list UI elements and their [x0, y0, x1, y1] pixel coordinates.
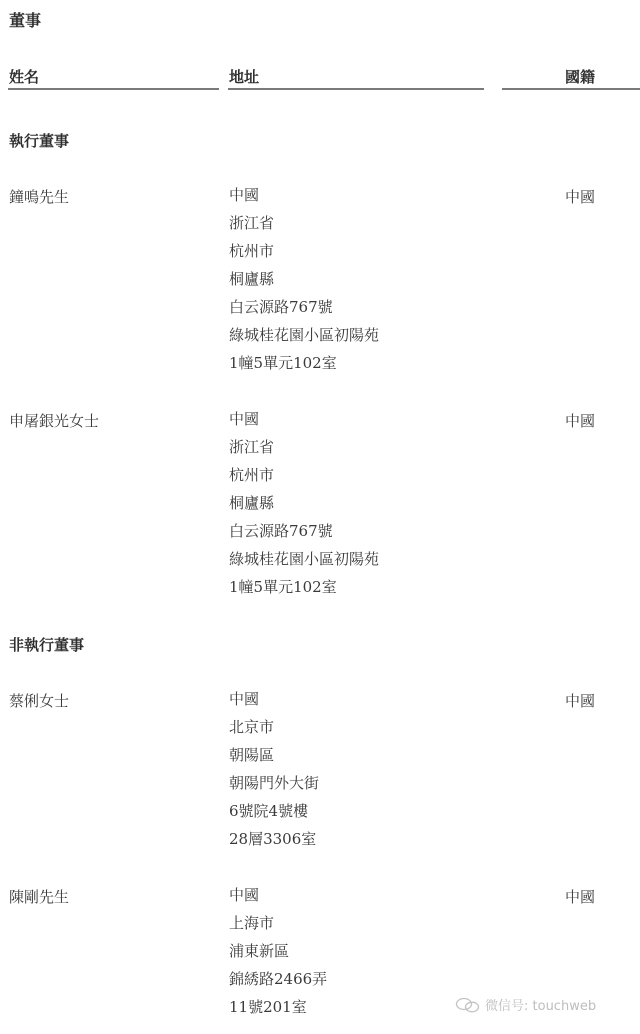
director-name: 鐘鳴先生: [9, 186, 69, 207]
address-line: 中國: [229, 690, 319, 718]
address-line: 綠城桂花園小區初陽苑: [229, 550, 379, 578]
director-address: 中國 上海市 浦東新區 錦綉路2466弄 11號201室: [229, 886, 327, 1026]
address-line: 杭州市: [229, 466, 379, 494]
address-line: 28層3306室: [229, 830, 319, 858]
address-line: 1幢5單元102室: [229, 354, 379, 382]
header-rule-name: [8, 88, 219, 90]
director-name: 陳剛先生: [9, 886, 69, 907]
director-nationality: 中國: [565, 186, 595, 207]
header-name: 姓名: [9, 66, 39, 87]
watermark-text: 微信号: touchweb: [485, 995, 596, 1014]
address-line: 綠城桂花園小區初陽苑: [229, 326, 379, 354]
address-line: 浙江省: [229, 438, 379, 466]
director-address: 中國 浙江省 杭州市 桐廬縣 白云源路767號 綠城桂花園小區初陽苑 1幢5單元…: [229, 410, 379, 606]
address-line: 11號201室: [229, 998, 327, 1026]
director-nationality: 中國: [565, 886, 595, 907]
director-nationality: 中國: [565, 690, 595, 711]
address-line: 浙江省: [229, 214, 379, 242]
address-line: 中國: [229, 186, 379, 214]
address-line: 桐廬縣: [229, 270, 379, 298]
address-line: 朝陽門外大街: [229, 774, 319, 802]
header-rule-address: [228, 88, 484, 90]
address-line: 桐廬縣: [229, 494, 379, 522]
address-line: 上海市: [229, 914, 327, 942]
address-line: 白云源路767號: [229, 522, 379, 550]
address-line: 錦綉路2466弄: [229, 970, 327, 998]
director-nationality: 中國: [565, 410, 595, 431]
address-line: 6號院4號樓: [229, 802, 319, 830]
address-line: 杭州市: [229, 242, 379, 270]
address-line: 朝陽區: [229, 746, 319, 774]
watermark: 微信号: touchweb: [455, 995, 596, 1014]
section-heading-executive: 執行董事: [9, 130, 69, 151]
address-line: 浦東新區: [229, 942, 327, 970]
director-address: 中國 浙江省 杭州市 桐廬縣 白云源路767號 綠城桂花園小區初陽苑 1幢5單元…: [229, 186, 379, 382]
section-heading-non-executive: 非執行董事: [9, 634, 84, 655]
address-line: 中國: [229, 886, 327, 914]
page-title: 董事: [9, 8, 41, 31]
header-address: 地址: [229, 66, 259, 87]
address-line: 1幢5單元102室: [229, 578, 379, 606]
header-nationality: 國籍: [565, 66, 595, 87]
address-line: 中國: [229, 410, 379, 438]
director-address: 中國 北京市 朝陽區 朝陽門外大街 6號院4號樓 28層3306室: [229, 690, 319, 858]
address-line: 北京市: [229, 718, 319, 746]
address-line: 白云源路767號: [229, 298, 379, 326]
header-rule-nationality: [502, 88, 640, 90]
wechat-icon: [455, 997, 481, 1013]
director-name: 申屠銀光女士: [9, 410, 99, 431]
director-name: 蔡俐女士: [9, 690, 69, 711]
